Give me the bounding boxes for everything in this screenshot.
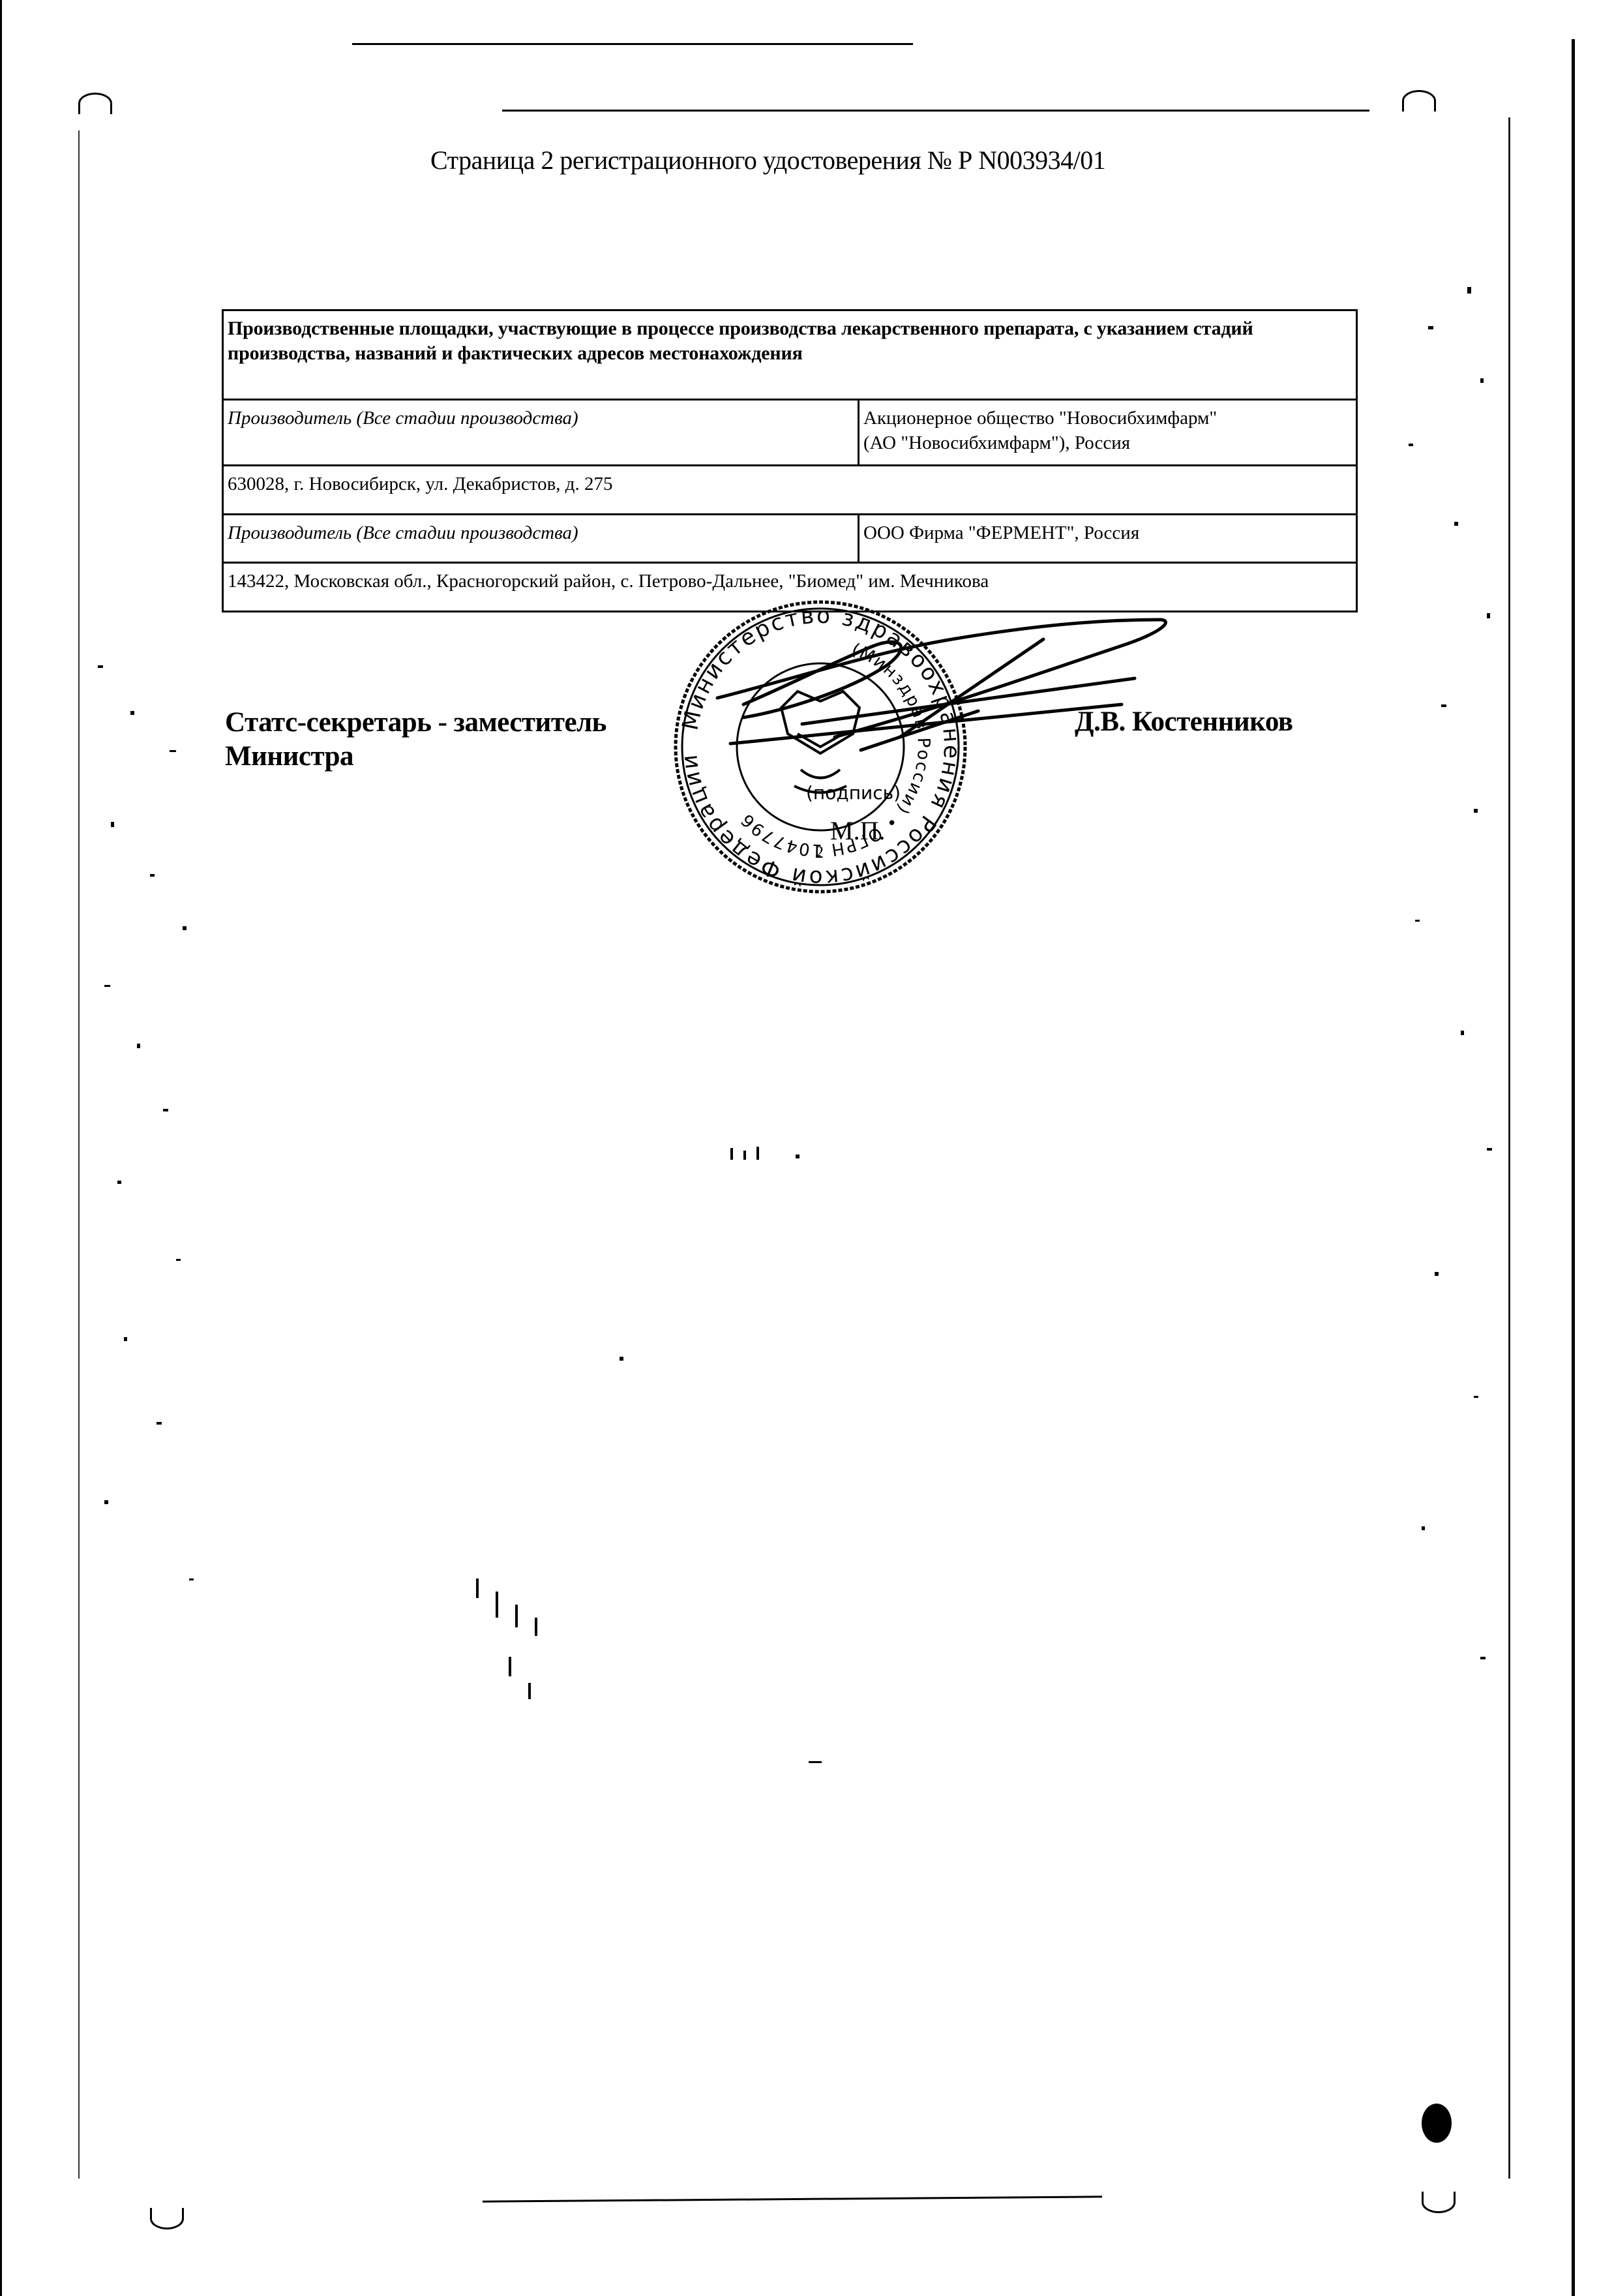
frame-right-line <box>1508 117 1510 2179</box>
company-name-line: Акционерное общество "Новосибхимфарм" <box>863 406 1352 430</box>
scan-noise-left <box>91 652 209 1631</box>
signer-position-line: Статс-секретарь - заместитель <box>225 706 606 740</box>
table-row: Производитель (Все стадии производства) … <box>223 515 1357 563</box>
punch-hole-mark <box>1422 2104 1452 2143</box>
frame-corner-bottom-right <box>1422 2192 1456 2213</box>
manufacturer-name: ООО Фирма "ФЕРМЕНТ", Россия <box>859 515 1357 563</box>
table-header: Производственные площадки, участвующие в… <box>223 310 1357 400</box>
svg-text:М.П.: М.П. <box>830 816 885 845</box>
production-sites-table: Производственные площадки, участвующие в… <box>222 309 1358 612</box>
scan-noise-right <box>1389 274 1506 1839</box>
frame-corner-bottom-left <box>150 2208 184 2229</box>
page-title: Страница 2 регистрационного удостоверени… <box>430 145 1105 175</box>
signer-position: Статс-секретарь - заместитель Министра <box>225 706 606 774</box>
signer-position-line: Министра <box>225 740 606 774</box>
manufacturer-role: Производитель (Все стадии производства) <box>223 400 859 466</box>
scan-noise-center <box>456 1109 913 1892</box>
svg-text:2: 2 <box>815 843 824 862</box>
handwritten-signature-icon <box>704 607 1174 776</box>
scan-edge-top <box>352 43 913 45</box>
company-name-line: (АО "Новосибхимфарм"), Россия <box>863 430 1352 455</box>
table-row: 630028, г. Новосибирск, ул. Декабристов,… <box>223 466 1357 515</box>
scan-edge-left <box>0 0 2 2296</box>
table-row: Производитель (Все стадии производства) … <box>223 400 1357 466</box>
frame-corner-top-right <box>1402 90 1436 112</box>
scanned-page: Страница 2 регистрационного удостоверени… <box>0 0 1599 2296</box>
manufacturer-address: 630028, г. Новосибирск, ул. Декабристов,… <box>223 466 1357 515</box>
frame-bottom-line <box>483 2196 1102 2202</box>
frame-top-line <box>502 110 1369 112</box>
svg-text:(подпись): (подпись) <box>806 782 901 804</box>
manufacturer-name: Акционерное общество "Новосибхимфарм" (А… <box>859 400 1357 466</box>
frame-corner-top-left <box>78 93 112 114</box>
frame-left-line <box>78 130 80 2179</box>
manufacturer-role: Производитель (Все стадии производства) <box>223 515 859 563</box>
scan-edge-right <box>1572 39 1575 2296</box>
